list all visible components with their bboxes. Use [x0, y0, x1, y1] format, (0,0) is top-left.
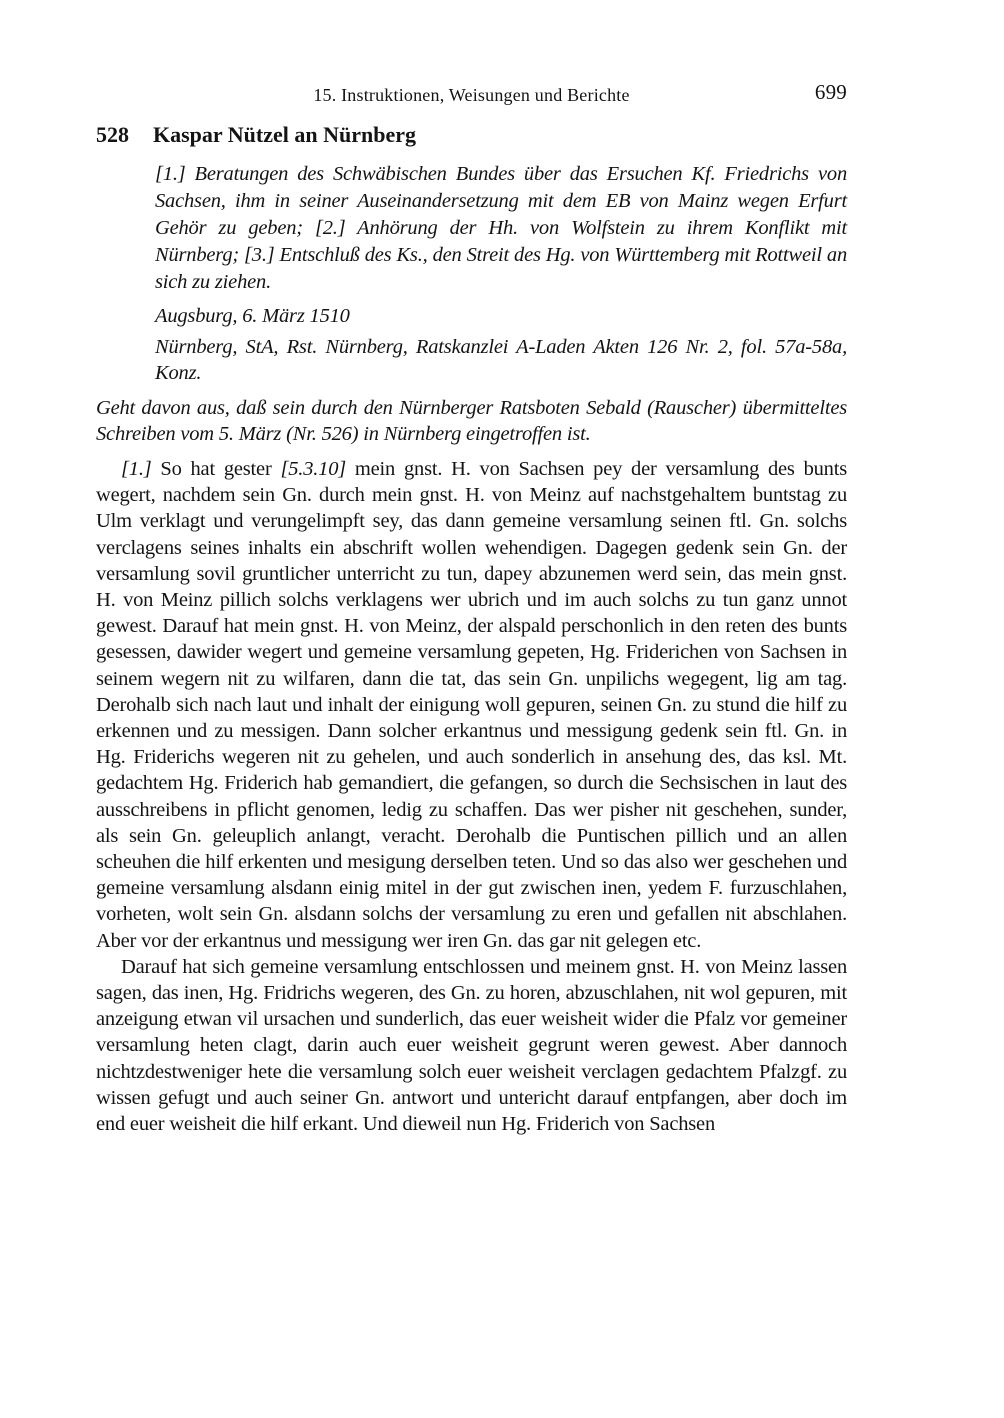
page-header: 15. Instruktionen, Weisungen und Bericht…	[96, 84, 847, 106]
running-title: 15. Instruktionen, Weisungen und Bericht…	[313, 85, 629, 105]
page-number: 699	[815, 81, 847, 103]
entry-dateline: Augsburg, 6. März 1510	[155, 303, 847, 329]
entry-title: Kaspar Nützel an Nürnberg	[153, 122, 416, 148]
editorial-note: Geht davon aus, daß sein durch den Nürnb…	[96, 395, 847, 447]
body-paragraph-1: [1.] So hat gester [5.3.10] mein gnst. H…	[96, 456, 847, 954]
body-text-run: So hat gester	[152, 458, 281, 480]
archive-reference: Nürnberg, StA, Rst. Nürnberg, Ratskanzle…	[155, 334, 847, 386]
inline-date-note: [5.3.10]	[280, 458, 346, 480]
entry-number: 528	[96, 122, 153, 148]
body-text-run: mein gnst. H. von Sachsen pey der versam…	[96, 458, 847, 952]
entry-meta: [1.] Beratungen des Schwäbischen Bundes …	[155, 161, 847, 386]
letter-body: [1.] So hat gester [5.3.10] mein gnst. H…	[96, 456, 847, 1137]
section-marker-1: [1.]	[121, 458, 152, 480]
book-page: 15. Instruktionen, Weisungen und Bericht…	[0, 0, 1004, 1418]
entry-summary: [1.] Beratungen des Schwäbischen Bundes …	[155, 161, 847, 296]
letter-entry: 528 Kaspar Nützel an Nürnberg [1.] Berat…	[96, 122, 847, 1137]
entry-heading: 528 Kaspar Nützel an Nürnberg	[96, 122, 847, 148]
body-paragraph-2: Darauf hat sich gemeine versamlung entsc…	[96, 954, 847, 1137]
